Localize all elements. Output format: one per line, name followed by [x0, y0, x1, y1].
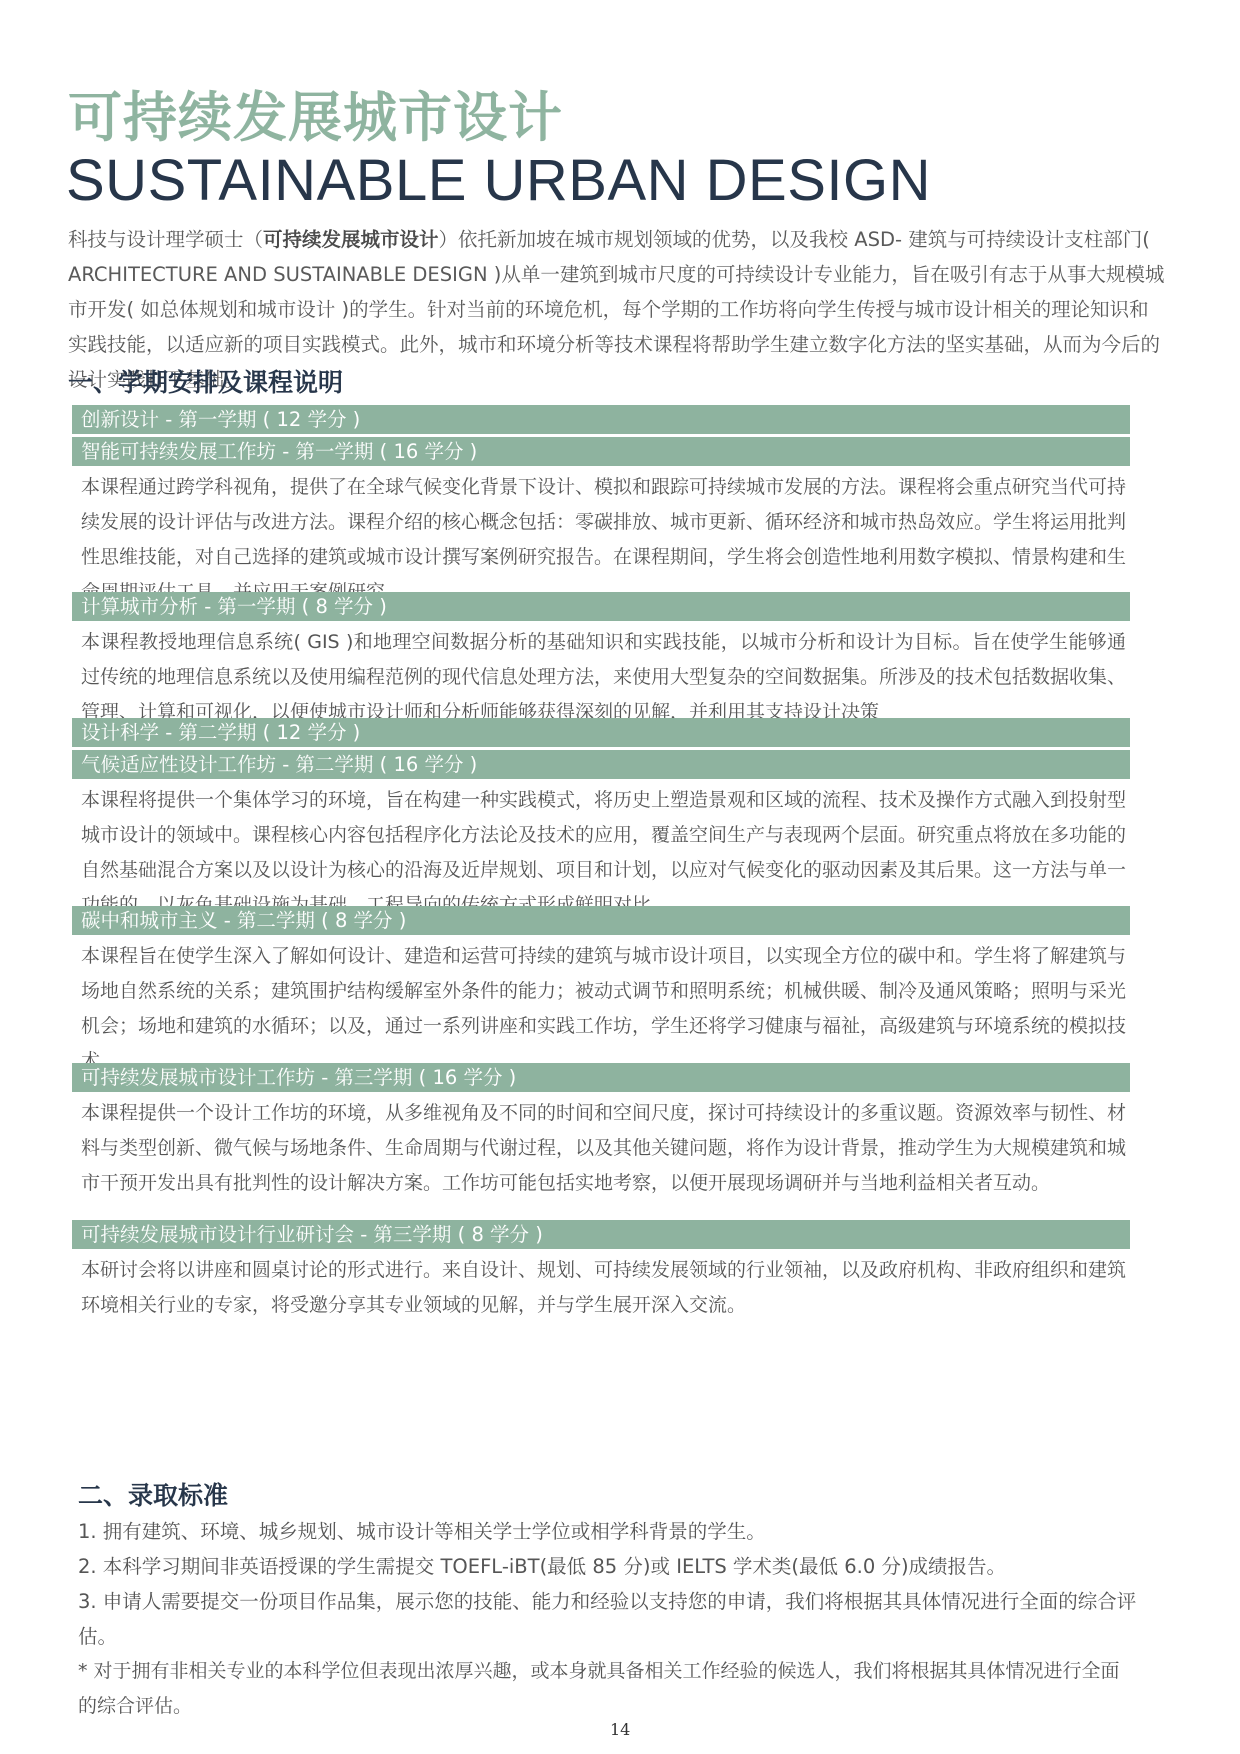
- course-innovation-design: 创新设计 - 第一学期 ( 12 学分 ): [72, 405, 1130, 440]
- course-title-bar: 智能可持续发展工作坊 - 第一学期 ( 16 学分 ): [72, 437, 1130, 466]
- section-heading-schedule: 一、学期安排及课程说明: [68, 366, 343, 400]
- page-number: 14: [610, 1720, 630, 1739]
- course-description: 本课程教授地理信息系统( GIS )和地理空间数据分析的基础知识和实践技能，以城…: [72, 625, 1130, 730]
- course-title-bar: 创新设计 - 第一学期 ( 12 学分 ): [72, 405, 1130, 434]
- course-description: 本课程旨在使学生深入了解如何设计、建造和运营可持续的建筑与城市设计项目，以实现全…: [72, 939, 1130, 1079]
- course-description: 本课程将提供一个集体学习的环境，旨在构建一种实践模式，将历史上塑造景观和区域的流…: [72, 783, 1130, 923]
- page-title-chinese: 可持续发展城市设计: [68, 86, 563, 150]
- page-title-english: SUSTAINABLE URBAN DESIGN: [66, 148, 931, 214]
- admission-item: 2. 本科学习期间非英语授课的学生需提交 TOEFL-iBT(最低 85 分)或…: [78, 1549, 1138, 1584]
- section-heading-admission: 二、录取标准: [78, 1479, 228, 1513]
- intro-prefix: 科技与设计理学硕士（: [68, 228, 263, 251]
- document-page: 可持续发展城市设计 SUSTAINABLE URBAN DESIGN 科技与设计…: [0, 0, 1240, 1754]
- course-design-science: 设计科学 - 第二学期 ( 12 学分 ): [72, 718, 1130, 753]
- course-title-bar: 可持续发展城市设计行业研讨会 - 第三学期 ( 8 学分 ): [72, 1220, 1130, 1249]
- course-industry-seminar: 可持续发展城市设计行业研讨会 - 第三学期 ( 8 学分 ) 本研讨会将以讲座和…: [72, 1220, 1130, 1323]
- course-smart-sustainable-workshop: 智能可持续发展工作坊 - 第一学期 ( 16 学分 ) 本课程通过跨学科视角，提…: [72, 437, 1130, 610]
- admission-item: 3. 申请人需要提交一份项目作品集，展示您的技能、能力和经验以支持您的申请，我们…: [78, 1584, 1138, 1654]
- course-title-bar: 设计科学 - 第二学期 ( 12 学分 ): [72, 718, 1130, 747]
- course-carbon-neutral-urbanism: 碳中和城市主义 - 第二学期 ( 8 学分 ) 本课程旨在使学生深入了解如何设计…: [72, 906, 1130, 1079]
- course-title-bar: 气候适应性设计工作坊 - 第二学期 ( 16 学分 ): [72, 750, 1130, 779]
- admission-criteria-list: 1. 拥有建筑、环境、城乡规划、城市设计等相关学士学位或相学科背景的学生。 2.…: [78, 1514, 1138, 1724]
- admission-item: 1. 拥有建筑、环境、城乡规划、城市设计等相关学士学位或相学科背景的学生。: [78, 1514, 1138, 1549]
- course-climate-adaptive-workshop: 气候适应性设计工作坊 - 第二学期 ( 16 学分 ) 本课程将提供一个集体学习…: [72, 750, 1130, 923]
- intro-program-name: 可持续发展城市设计: [263, 228, 439, 251]
- course-description: 本课程通过跨学科视角，提供了在全球气候变化背景下设计、模拟和跟踪可持续城市发展的…: [72, 470, 1130, 610]
- course-title-bar: 计算城市分析 - 第一学期 ( 8 学分 ): [72, 592, 1130, 621]
- course-title-bar: 碳中和城市主义 - 第二学期 ( 8 学分 ): [72, 906, 1130, 935]
- course-title-bar: 可持续发展城市设计工作坊 - 第三学期 ( 16 学分 ): [72, 1063, 1130, 1092]
- course-description: 本研讨会将以讲座和圆桌讨论的形式进行。来自设计、规划、可持续发展领域的行业领袖，…: [72, 1253, 1130, 1323]
- course-sustainable-urban-design-workshop: 可持续发展城市设计工作坊 - 第三学期 ( 16 学分 ) 本课程提供一个设计工…: [72, 1063, 1130, 1201]
- course-description: 本课程提供一个设计工作坊的环境，从多维视角及不同的时间和空间尺度，探讨可持续设计…: [72, 1096, 1130, 1201]
- admission-note: * 对于拥有非相关专业的本科学位但表现出浓厚兴趣，或本身就具备相关工作经验的候选…: [78, 1654, 1138, 1724]
- course-computational-urban-analysis: 计算城市分析 - 第一学期 ( 8 学分 ) 本课程教授地理信息系统( GIS …: [72, 592, 1130, 730]
